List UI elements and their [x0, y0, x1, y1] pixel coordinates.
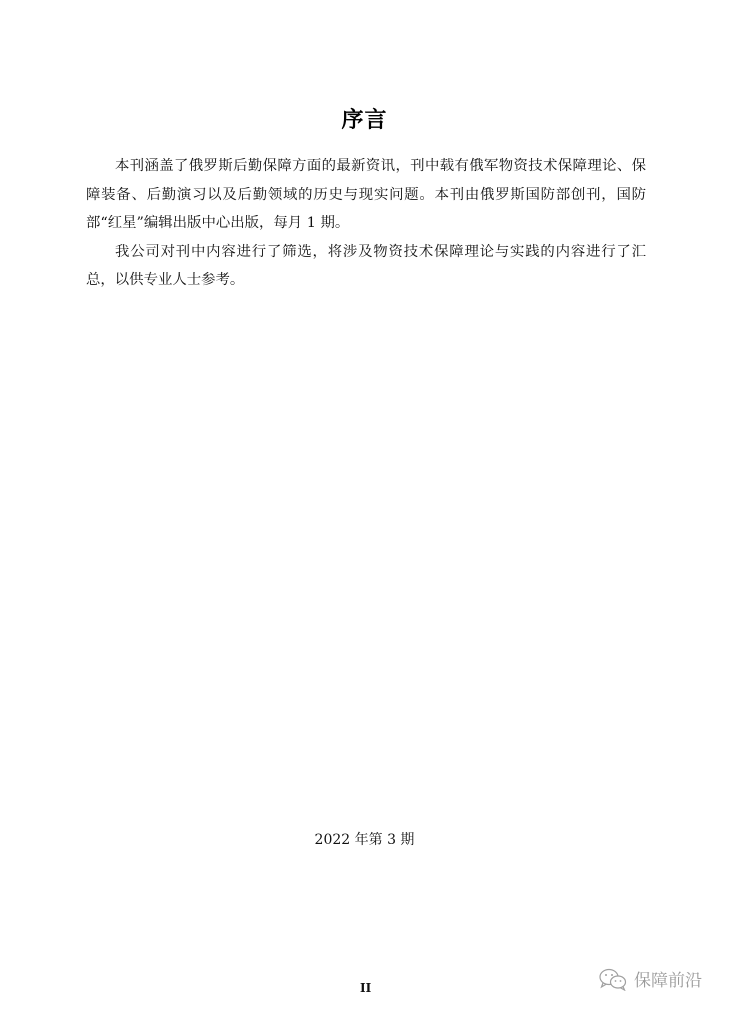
issue-label: 2022 年第 3 期: [0, 829, 729, 849]
watermark-label: 保障前沿: [634, 966, 702, 991]
page-number: II: [360, 981, 371, 995]
page-title: 序言: [0, 103, 729, 134]
paragraph-1: 本刊涵盖了俄罗斯后勤保障方面的最新资讯，刊中载有俄军物资技术保障理论、保障装备、…: [86, 152, 646, 238]
paragraph-2: 我公司对刊中内容进行了筛选，将涉及物资技术保障理论与实践的内容进行了汇总，以供专…: [86, 238, 646, 295]
wechat-icon: [598, 967, 628, 991]
preface-body: 本刊涵盖了俄罗斯后勤保障方面的最新资讯，刊中载有俄军物资技术保障理论、保障装备、…: [86, 152, 646, 295]
watermark: 保障前沿: [598, 966, 702, 991]
